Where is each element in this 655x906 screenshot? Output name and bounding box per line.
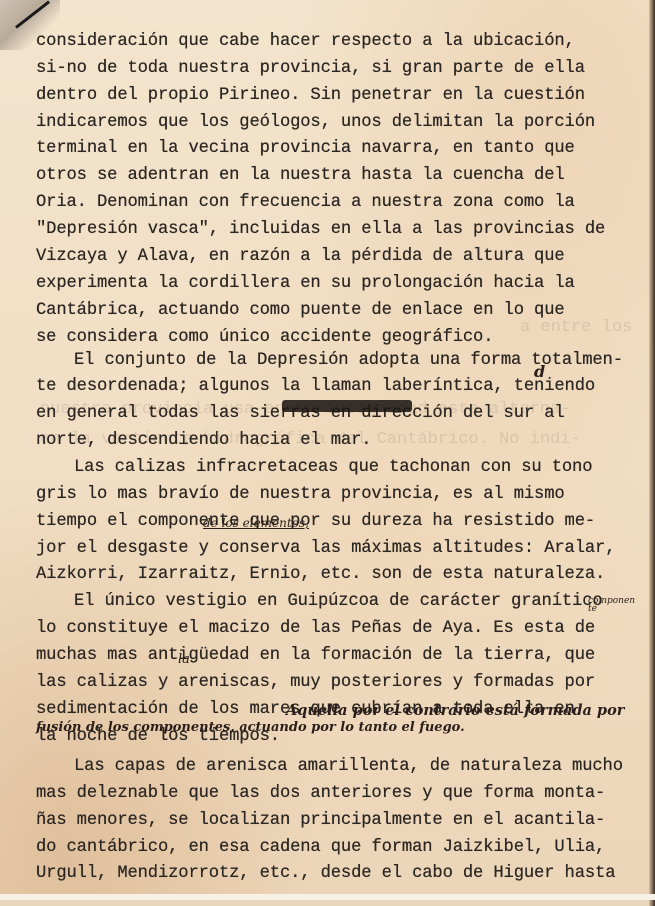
text-line: tiempo el componente que por su dureza h…: [36, 512, 595, 531]
handwritten-note: fusión de los componentes, actuando por …: [36, 720, 465, 735]
handwritten-insertion: la: [178, 652, 190, 667]
bleed-through-text: a entre los: [520, 318, 632, 337]
handwritten-note: Aquella por el contrario está formada po…: [286, 702, 624, 719]
scanned-page: a entre los nuestra provincia usa en su …: [0, 0, 655, 900]
paragraph-start: Las calizas infracretaceas que tachonan …: [36, 458, 592, 477]
handwritten-insertion: d: [534, 362, 545, 381]
text-line: otros se adentran en la nuestra hasta la…: [36, 166, 565, 185]
text-line: Vizcaya y Alava, en razón a la pérdida d…: [36, 247, 565, 266]
text-line: Aizkorri, Izarraitz, Ernio, etc. son de …: [36, 565, 605, 584]
page-bottom-edge: [0, 894, 655, 900]
text-line: jor el desgaste y conserva las máximas a…: [36, 539, 615, 558]
paragraph-start: El único vestigio en Guipúzcoa de caráct…: [36, 592, 603, 611]
text-line: Cantábrica, actuando como puente de enla…: [36, 301, 565, 320]
text-line: experimenta la cordillera en su prolonga…: [36, 274, 575, 293]
text-line: indicaremos que los geólogos, unos delim…: [36, 113, 595, 132]
text-line: dentro del propio Pirineo. Sin penetrar …: [36, 86, 585, 105]
text-line: las calizas y areniscas, muy posteriores…: [36, 673, 595, 692]
text-line: do cantábrico, en esa cadena que forman …: [36, 838, 605, 857]
page-edge: [649, 0, 655, 906]
text-line: mas deleznable que las dos anteriores y …: [36, 784, 605, 803]
text-line: consideración que cabe hacer respecto a …: [36, 32, 575, 51]
text-line: ñas menores, se localizan principalmente…: [36, 811, 605, 830]
handwritten-insertion: componen te: [588, 597, 628, 613]
text-line: Oria. Denominan con frecuencia a nuestra…: [36, 193, 575, 212]
text-line: gris lo mas bravío de nuestra provincia,…: [36, 485, 565, 504]
text-line: te desordenada; algunos la llaman laberí…: [36, 377, 595, 396]
text-line: norte, descendiendo hacia el mar.: [36, 431, 371, 450]
text-line: "Depresión vasca", incluidas en ella a l…: [36, 220, 605, 239]
struck-out-text: [282, 400, 412, 412]
text-line: lo constituye el macizo de las Peñas de …: [36, 619, 595, 638]
handwritten-insertion: de los elementos,: [203, 516, 309, 530]
text-line: se considera como único accidente geográ…: [36, 328, 493, 347]
text-line: Urgull, Mendizorrotz, etc., desde el cab…: [36, 864, 615, 883]
paragraph-start: Las capas de arenisca amarillenta, de na…: [36, 757, 623, 776]
text-line: terminal en la vecina provincia navarra,…: [36, 139, 575, 158]
text-line: muchas mas antigüedad en la formación de…: [36, 646, 595, 665]
text-line: si-no de toda nuestra provincia, si gran…: [36, 59, 585, 78]
